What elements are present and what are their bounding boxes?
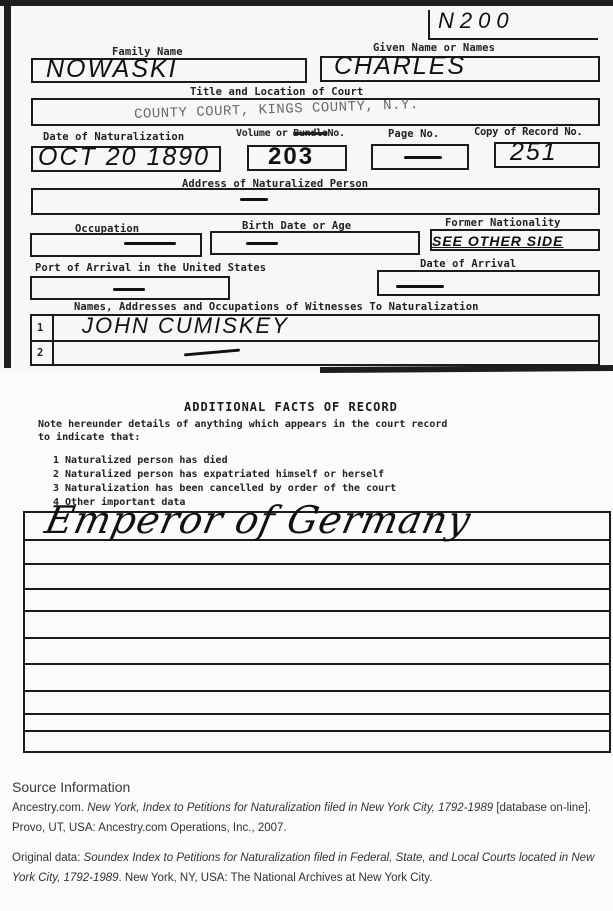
additional-facts-item-2: 2 Naturalized person has expatriated him… — [53, 469, 384, 480]
card-border-left — [4, 0, 11, 368]
port-of-arrival-value-dash — [113, 288, 145, 291]
court-label: Title and Location of Court — [190, 86, 363, 98]
birth-date-value-dash — [246, 242, 278, 245]
volume-label: Volume or BundleNo. — [236, 128, 345, 139]
family-name-value: NOWASKI — [46, 55, 178, 84]
address-value-dash — [240, 198, 268, 201]
address-box — [31, 188, 600, 215]
volume-value: 203 — [268, 143, 314, 171]
ruled-line — [25, 610, 609, 612]
page-value-dash — [404, 156, 442, 159]
original-data-suffix: . New York, NY, USA: The National Archiv… — [119, 872, 433, 884]
date-of-naturalization-value: OCT 20 1890 — [38, 143, 210, 172]
given-name-value: CHARLES — [334, 52, 466, 81]
witnesses-row-divider — [32, 340, 598, 342]
page-label: Page No. — [388, 128, 439, 140]
card-number: N200 — [438, 8, 515, 34]
occupation-value-dash — [124, 242, 176, 245]
ruled-line — [25, 563, 609, 565]
ruled-line — [25, 690, 609, 692]
ruled-line — [25, 730, 609, 732]
ruled-line — [25, 663, 609, 665]
occupation-box — [30, 233, 202, 257]
former-nationality-label: Former Nationality — [445, 217, 561, 229]
card-border-top — [0, 0, 613, 6]
date-of-arrival-value-dash — [396, 285, 444, 288]
date-of-arrival-label: Date of Arrival — [420, 258, 516, 270]
former-nationality-value: SEE OTHER SIDE — [432, 233, 563, 249]
ruled-line — [25, 637, 609, 639]
additional-facts-instruction-1: Note hereunder details of anything which… — [38, 419, 447, 430]
additional-facts-item-3: 3 Naturalization has been cancelled by o… — [53, 483, 396, 494]
original-data-prefix: Original data: — [12, 852, 84, 864]
birth-date-box — [210, 231, 420, 255]
index-card-front: N200 Family Name Given Name or Names NOW… — [0, 0, 613, 372]
ruled-line — [25, 713, 609, 715]
date-of-naturalization-label: Date of Naturalization — [43, 131, 184, 143]
additional-facts-title: ADDITIONAL FACTS OF RECORD — [184, 400, 398, 414]
card-border-bottom — [320, 365, 613, 373]
witness-row-1-number: 1 — [37, 322, 43, 334]
additional-facts-lined-area — [23, 511, 611, 753]
source-original-data: Original data: Soundex Index to Petition… — [12, 848, 607, 888]
source-citation: Ancestry.com. New York, Index to Petitio… — [12, 798, 607, 838]
source-citation-title: New York, Index to Petitions for Natural… — [87, 802, 493, 814]
additional-facts-handwritten-note: Emperor of Germany — [41, 498, 475, 542]
additional-facts-instruction-2: to indicate that: — [38, 432, 140, 443]
witnesses-label: Names, Addresses and Occupations of Witn… — [74, 301, 479, 313]
source-information-title: Source Information — [12, 779, 130, 795]
date-of-arrival-box — [377, 270, 600, 296]
witness-row-1-value: JOHN CUMISKEY — [82, 313, 289, 339]
witness-row-2-number: 2 — [37, 347, 43, 359]
copy-of-record-label: Copy of Record No. — [474, 126, 582, 138]
additional-facts-item-1: 1 Naturalized person has died — [53, 455, 228, 466]
source-citation-prefix: Ancestry.com. — [12, 802, 87, 814]
ruled-line — [25, 588, 609, 590]
port-of-arrival-label: Port of Arrival in the United States — [35, 262, 266, 274]
copy-of-record-value: 251 — [510, 138, 558, 167]
